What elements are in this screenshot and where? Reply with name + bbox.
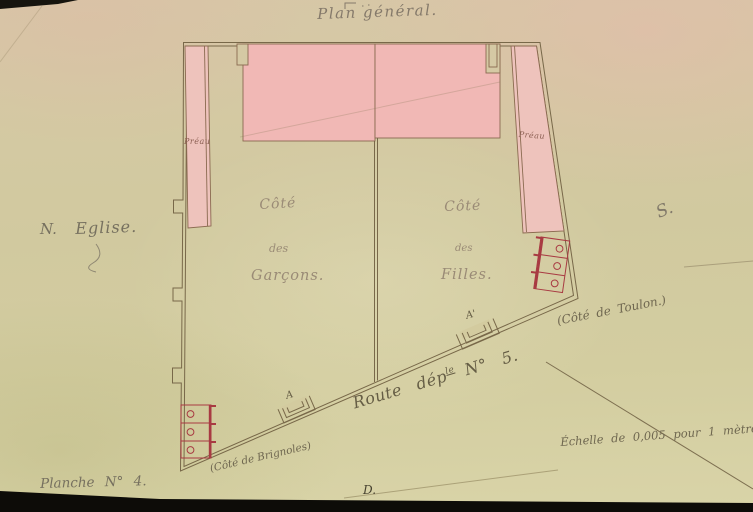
girls-building (375, 44, 500, 138)
building-entry-left (237, 44, 248, 65)
photo-edge-top-left (0, 0, 78, 9)
route-label-sup: le (444, 365, 456, 377)
latrine-seat (187, 411, 194, 418)
latrines-left (181, 405, 216, 458)
latrine-seat (187, 429, 194, 436)
latrine-seat (553, 262, 561, 270)
boys-side-label-line2: des (269, 243, 288, 254)
gate-a (278, 395, 316, 423)
preau-left-label: Préau (184, 138, 210, 146)
road-far-edge (344, 470, 558, 498)
courtyard-divider-wall (375, 138, 378, 382)
girls-side-label-line1: Côté (444, 199, 482, 214)
latrine-seat (556, 245, 564, 253)
north-label: N. (40, 222, 57, 237)
main-building (237, 44, 500, 141)
church-label: Eglise. (75, 219, 137, 237)
plate-number: Planche N° 4. (40, 475, 147, 491)
latrines-right (529, 236, 570, 292)
d-mark-label: D. (363, 484, 376, 496)
page-title: Plan général. (317, 3, 438, 22)
girls-side-label-line2: des (455, 244, 472, 254)
girls-side-label-line3: Filles. (441, 268, 493, 283)
building-entry-right (486, 44, 500, 73)
scanned-plan-sheet: Plan général. N. Eglise. Côté des Garçon… (0, 0, 753, 512)
boys-building (243, 44, 375, 141)
boys-side-label-line1: Côté (259, 196, 297, 212)
latrine-seat (551, 280, 559, 288)
boys-side-label-line3: Garçons. (251, 269, 324, 284)
eglise-flourish (89, 244, 100, 272)
survey-line-right (684, 261, 753, 267)
latrine-seat (187, 447, 194, 454)
